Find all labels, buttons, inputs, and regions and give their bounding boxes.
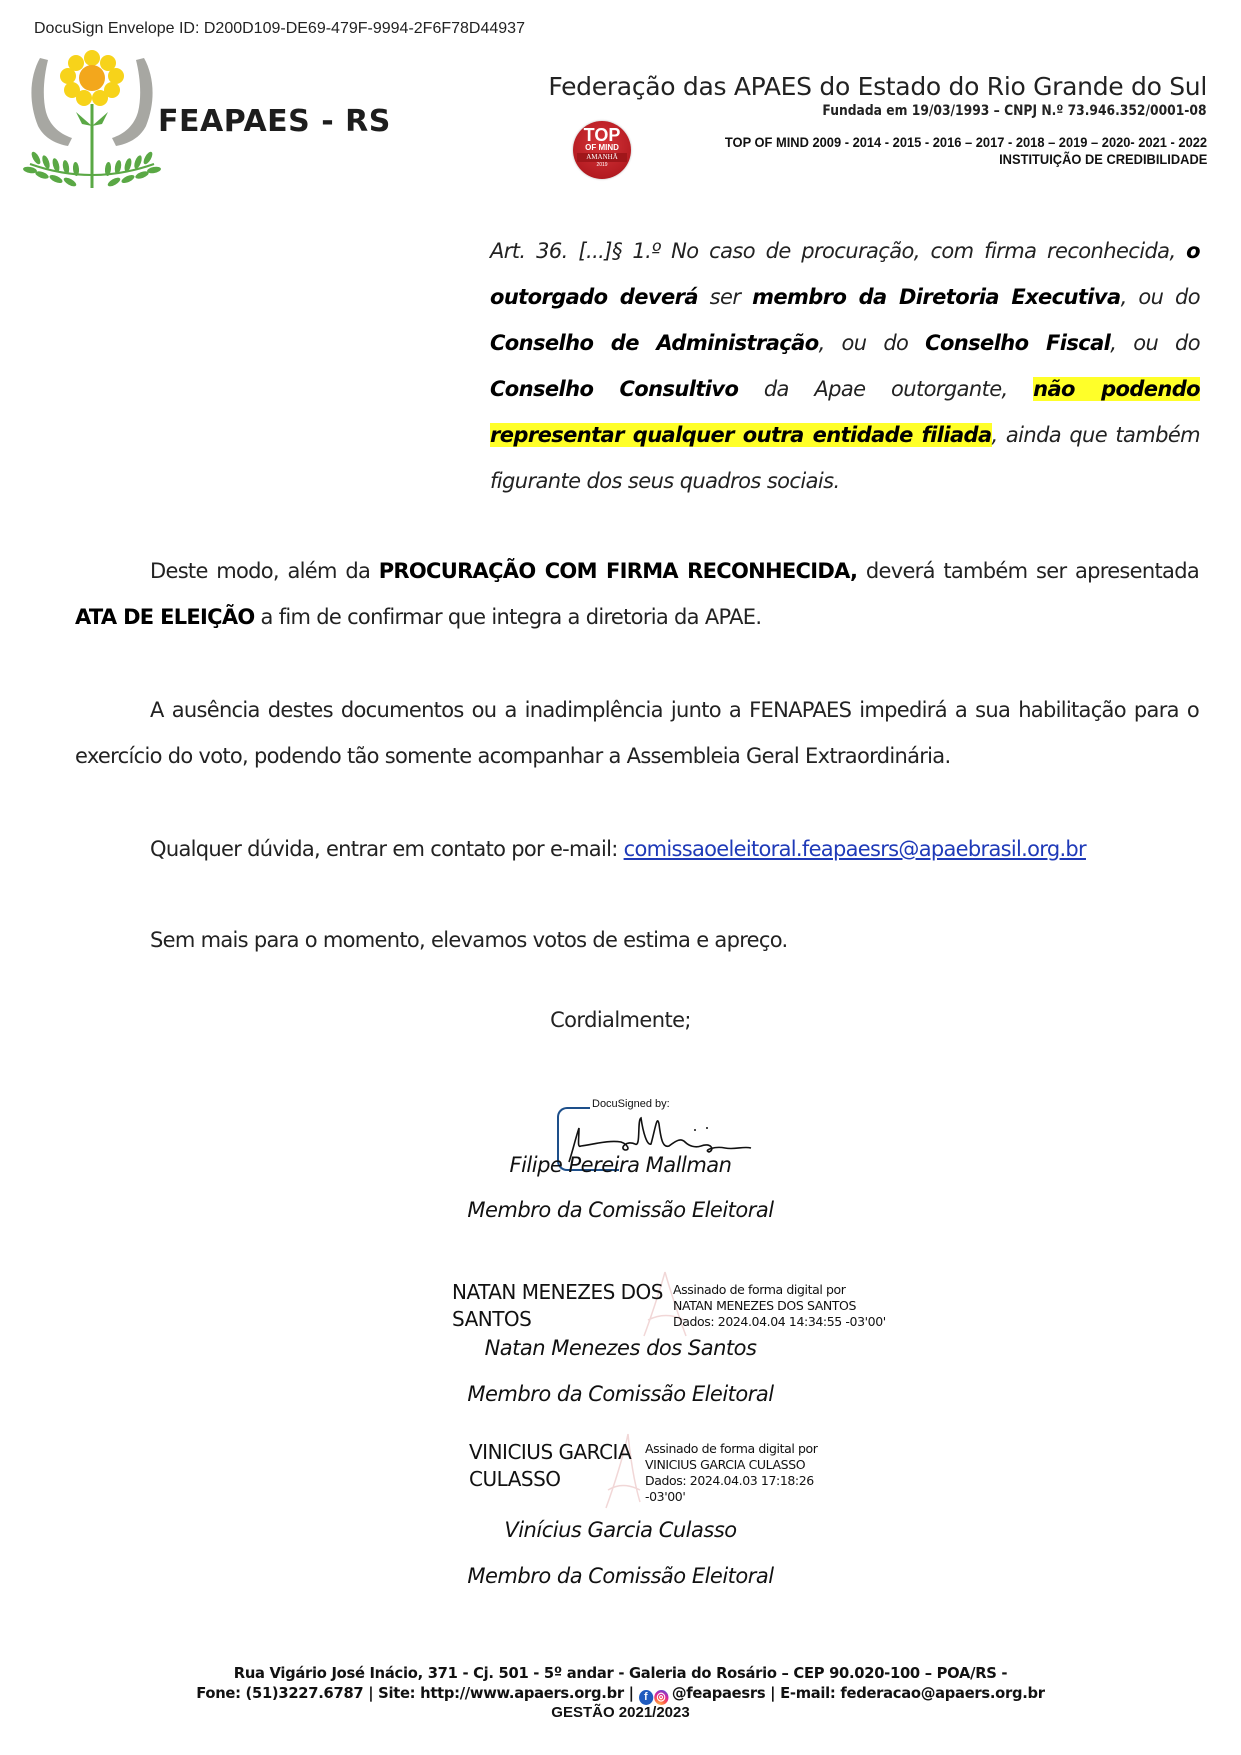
closing-salutation: Cordialmente; [0, 1008, 1241, 1032]
signatory-name-filipe: Filipe Pereira Mallman [0, 1153, 1241, 1177]
footer-contact: Fone: (51)3227.6787 | Site: http://www.a… [31, 1684, 1210, 1705]
quote-bold: Conselho Fiscal [925, 331, 1110, 355]
docusign-envelope-id: DocuSign Envelope ID: D200D109-DE69-479F… [34, 20, 525, 38]
paragraph-contact: Qualquer dúvida, entrar em contato por e… [150, 826, 1200, 872]
quote-bold: membro da Diretoria Executiva [752, 285, 1121, 309]
footer-phone-site: Fone: (51)3227.6787 | Site: http://www.a… [196, 1684, 638, 1702]
organization-name: Federação das APAES do Estado do Rio Gra… [548, 72, 1207, 101]
quote-bold: Conselho Consultivo [490, 377, 738, 401]
badge-line4: 2019 [573, 162, 631, 169]
paragraph-bold: ATA DE ELEIÇÃO [75, 605, 255, 629]
facebook-icon[interactable]: f [639, 1690, 653, 1705]
top-of-mind-badge-icon: TOP OF MIND AMANHÃ 2019 [573, 121, 631, 179]
signature-info-line: VINICIUS GARCIA CULASSO [645, 1457, 825, 1473]
signer-name-line: NATAN MENEZES DOS [452, 1279, 663, 1306]
signatory-role: Membro da Comissão Eleitoral [0, 1382, 1241, 1406]
footer-address: Rua Vigário José Inácio, 371 - Cj. 501 -… [31, 1664, 1210, 1682]
signature-info-line: Assinado de forma digital por [673, 1282, 886, 1298]
docusigned-by-label: DocuSigned by: [590, 1098, 672, 1110]
paragraph-bold: PROCURAÇÃO COM FIRMA RECONHECIDA, [379, 559, 858, 583]
quote-text: , ou do [819, 331, 926, 355]
signature-timestamp: Dados: 2024.04.04 14:34:55 -03'00' [673, 1314, 886, 1330]
paragraph-regards: Sem mais para o momento, elevamos votos … [150, 917, 1200, 963]
credibility-label: INSTITUIÇÃO DE CREDIBILIDADE [999, 151, 1207, 167]
signer-name-line: SANTOS [452, 1306, 663, 1333]
signature-timestamp: Dados: 2024.04.03 17:18:26 [645, 1473, 825, 1489]
footer-social-email: @feapaesrs | E-mail: federacao@apaers.or… [672, 1684, 1045, 1702]
instagram-icon[interactable]: ◎ [654, 1690, 668, 1705]
statute-quote: Art. 36. [...]§ 1.º No caso de procuraçã… [490, 228, 1200, 504]
organization-founded-cnpj: Fundada em 19/03/1993 – CNPJ N.º 73.946.… [823, 103, 1207, 119]
paragraph-text: a fim de confirmar que integra a diretor… [255, 605, 762, 629]
paragraph-text: Qualquer dúvida, entrar em contato por e… [150, 837, 624, 861]
badge-line2: OF MIND [573, 143, 631, 152]
badge-line3: AMANHÃ [577, 153, 627, 162]
paragraph-text: deverá também ser apresentada [857, 559, 1199, 583]
quote-text: da Apae outorgante, [738, 377, 1033, 401]
quote-bold: Conselho de Administração [490, 331, 819, 355]
quote-text: , ou do [1110, 331, 1200, 355]
signatory-role: Membro da Comissão Eleitoral [0, 1198, 1241, 1222]
paragraph-absence-warning: A ausência destes documentos ou a inadim… [75, 687, 1199, 779]
signature-info-line: Assinado de forma digital por [645, 1441, 825, 1457]
signer-name-line: VINICIUS GARCIA [469, 1439, 631, 1466]
paragraph-text: Deste modo, além da [150, 559, 379, 583]
paragraph-required-documents: Deste modo, além da PROCURAÇÃO COM FIRMA… [75, 548, 1199, 640]
footer-term: GESTÃO 2021/2023 [0, 1704, 1241, 1721]
signatory-name-natan: Natan Menezes dos Santos [0, 1336, 1241, 1360]
digital-signature-info: Assinado de forma digital por NATAN MENE… [673, 1282, 886, 1330]
contact-email-link[interactable]: comissaoeleitoral.feapaesrs@apaebrasil.o… [624, 837, 1086, 861]
signature-timezone: -03'00' [645, 1489, 825, 1505]
signer-name-line: CULASSO [469, 1466, 631, 1493]
badge-line1: TOP [573, 127, 631, 143]
signatory-name-vinicius: Vinícius Garcia Culasso [0, 1518, 1241, 1542]
signature-info-line: NATAN MENEZES DOS SANTOS [673, 1298, 886, 1314]
digital-signer-name: NATAN MENEZES DOS SANTOS [452, 1279, 663, 1333]
feapaes-logo-icon [22, 46, 162, 191]
quote-text: ser [698, 285, 752, 309]
quote-text: , ou do [1121, 285, 1200, 309]
digital-signer-name: VINICIUS GARCIA CULASSO [469, 1439, 631, 1493]
logo-text: FEAPAES - RS [158, 104, 391, 139]
quote-text: Art. 36. [...]§ 1.º No caso de procuraçã… [490, 239, 1186, 263]
digital-signature-info: Assinado de forma digital por VINICIUS G… [645, 1441, 825, 1505]
signatory-role: Membro da Comissão Eleitoral [0, 1564, 1241, 1588]
top-of-mind-years: TOP OF MIND 2009 - 2014 - 2015 - 2016 – … [725, 134, 1207, 150]
